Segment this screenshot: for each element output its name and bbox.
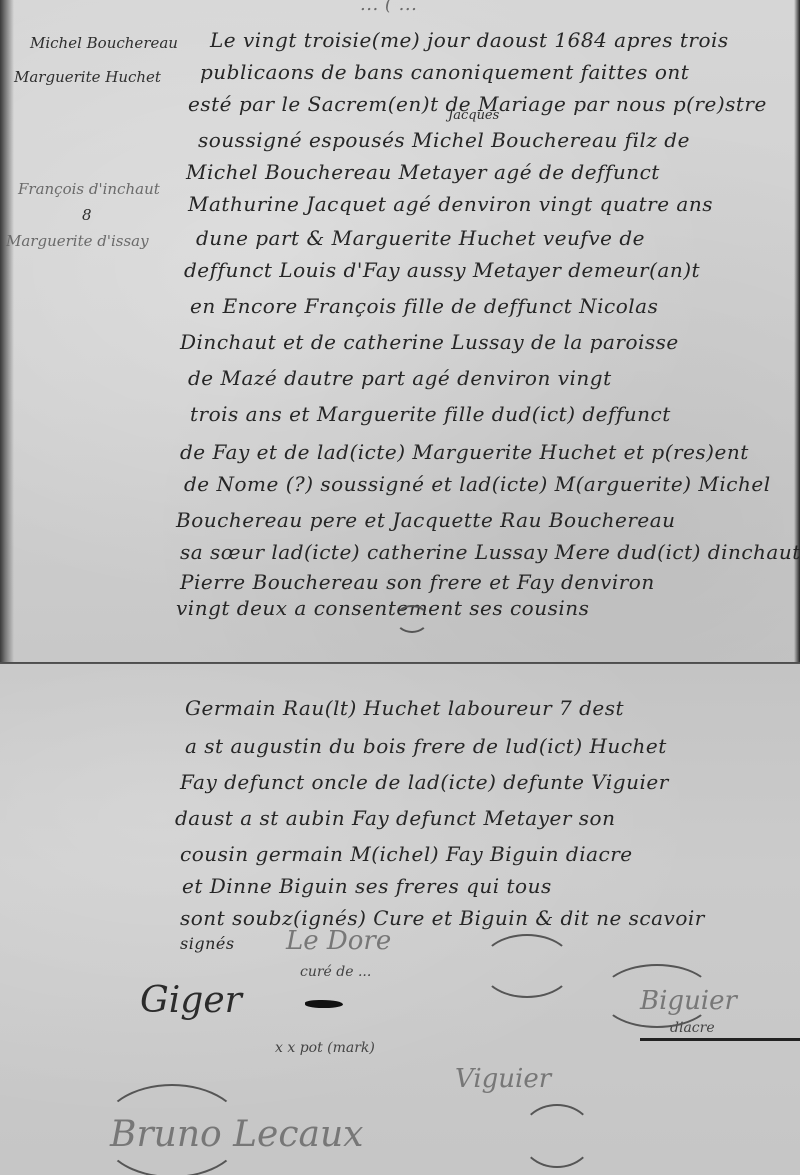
ink-blot <box>305 1000 343 1008</box>
record-line-16: sa sœur lad(icte) catherine Lussay Mere … <box>180 540 800 564</box>
record-line-7: dune part & Marguerite Huchet veufve de <box>196 226 645 250</box>
record-line-25: sont soubz(ignés) Cure et Biguin & dit n… <box>180 906 705 930</box>
record-line-5: Michel Bouchereau Metayer agé de deffunc… <box>186 160 660 184</box>
record-line-15: Bouchereau pere et Jacquette Rau Boucher… <box>176 508 676 532</box>
record-line-24: et Dinne Biguin ses freres qui tous <box>182 874 552 898</box>
register-page-bottom: Germain Rau(lt) Huchet laboureur 7 dest … <box>0 664 800 1175</box>
margin-bride-name: Marguerite Huchet <box>14 68 161 86</box>
record-line-17: Pierre Bouchereau son frere et Fay denvi… <box>180 570 655 594</box>
record-line-10: Dinchaut et de catherine Lussay de la pa… <box>180 330 679 354</box>
record-line-1: Le vingt troisie(me) jour daoust 1684 ap… <box>210 28 729 52</box>
record-line-4: soussigné espousés Michel Bouchereau fil… <box>198 128 690 152</box>
record-line-19: Germain Rau(lt) Huchet laboureur 7 dest <box>185 696 624 720</box>
signature-giger: Giger <box>140 980 242 1021</box>
record-line-20: a st augustin du bois frere de lud(ict) … <box>185 734 667 758</box>
record-line-14: de Nome (?) soussigné et lad(icte) M(arg… <box>184 472 771 496</box>
signature-mark: x x pot (mark) <box>275 1040 375 1056</box>
header-fragment: ... ( ... <box>360 0 417 15</box>
signature-curate-title: curé de ... <box>300 964 371 980</box>
record-line-9: en Encore François fille de deffunct Nic… <box>190 294 658 318</box>
signature-flourish-2 <box>600 964 714 1028</box>
record-line-12: trois ans et Marguerite fille dud(ict) d… <box>190 402 671 426</box>
margin-ampersand: 8 <box>82 206 92 224</box>
manuscript-scan: ... ( ... Michel Bouchereau Marguerite H… <box>0 0 800 1175</box>
signature-curate: Le Dore <box>286 926 391 956</box>
binding-edge <box>0 0 14 662</box>
margin-name-3: François d'inchaut <box>18 180 160 198</box>
end-flourish <box>395 605 429 633</box>
signature-flourish-4 <box>520 1104 594 1168</box>
margin-groom-name: Michel Bouchereau <box>30 34 178 52</box>
register-page-top: ... ( ... Michel Bouchereau Marguerite H… <box>0 0 800 664</box>
margin-name-4: Marguerite d'issay <box>6 232 149 250</box>
record-line-8: deffunct Louis d'Fay aussy Metayer demeu… <box>184 258 700 282</box>
record-line-26: signés <box>180 934 235 953</box>
record-line-11: de Mazé dautre part agé denviron vingt <box>188 366 612 390</box>
record-line-18: vingt deux a consentement ses cousins <box>176 596 589 620</box>
record-line-22: daust a st aubin Fay defunct Metayer son <box>175 806 615 830</box>
signature-underline <box>640 1038 800 1041</box>
record-line-13: de Fay et de lad(icte) Marguerite Huchet… <box>180 440 749 464</box>
signature-flourish-3 <box>100 1084 244 1175</box>
signature-flourish-1 <box>480 934 574 998</box>
record-line-6: Mathurine Jacquet agé denviron vingt qua… <box>188 192 713 216</box>
interlinear-insert: Jacques <box>448 108 499 123</box>
record-line-21: Fay defunct oncle de lad(icte) defunte V… <box>180 770 669 794</box>
signature-viguier: Viguier <box>455 1064 551 1094</box>
record-line-2: publicaons de bans canoniquement faittes… <box>200 60 689 84</box>
record-line-23: cousin germain M(ichel) Fay Biguin diacr… <box>180 842 633 866</box>
